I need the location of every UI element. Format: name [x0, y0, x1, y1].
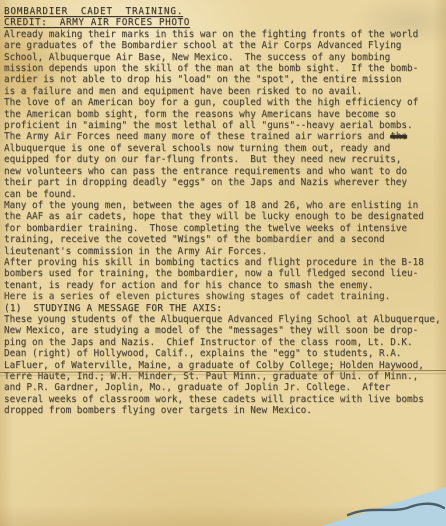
section-1-heading: (1) STUDYING A MESSAGE FOR THE AXIS: [4, 303, 444, 314]
blue-corner-overlay [296, 484, 446, 526]
paragraph-graduates-intro: Already making their marks in this war o… [4, 29, 444, 97]
document-title: BOMBARDIER CADET TRAINING. [4, 6, 444, 17]
photo-credit-line: CREDIT: ARMY AIR FORCES PHOTO [4, 17, 444, 28]
paragraph-aaf-need-recruits: The Army Air Forces need many more of th… [4, 131, 444, 199]
paragraph-young-men-cadets: Many of the young men, between the ages … [4, 200, 444, 257]
paragraph-caption-picture-1: These young students of the Albuquerque … [4, 314, 444, 417]
series-intro-line: Here is a series of eleven pictures show… [4, 291, 444, 302]
p3-text-before-strike: The Army Air Forces need many more of th… [4, 131, 390, 142]
paragraph-american-boy-gun: The love of an American boy for a gun, c… [4, 97, 444, 131]
p3-text-after-strike: Albuquerque is one of several schools no… [4, 143, 407, 200]
paragraph-b18-training: After proving his skill in bombing tacti… [4, 257, 444, 291]
underlying-blue-paper-corner [322, 487, 446, 526]
typewritten-press-caption-page: BOMBARDIER CADET TRAINING. CREDIT: ARMY … [0, 0, 446, 526]
struck-out-word: the [390, 131, 407, 142]
